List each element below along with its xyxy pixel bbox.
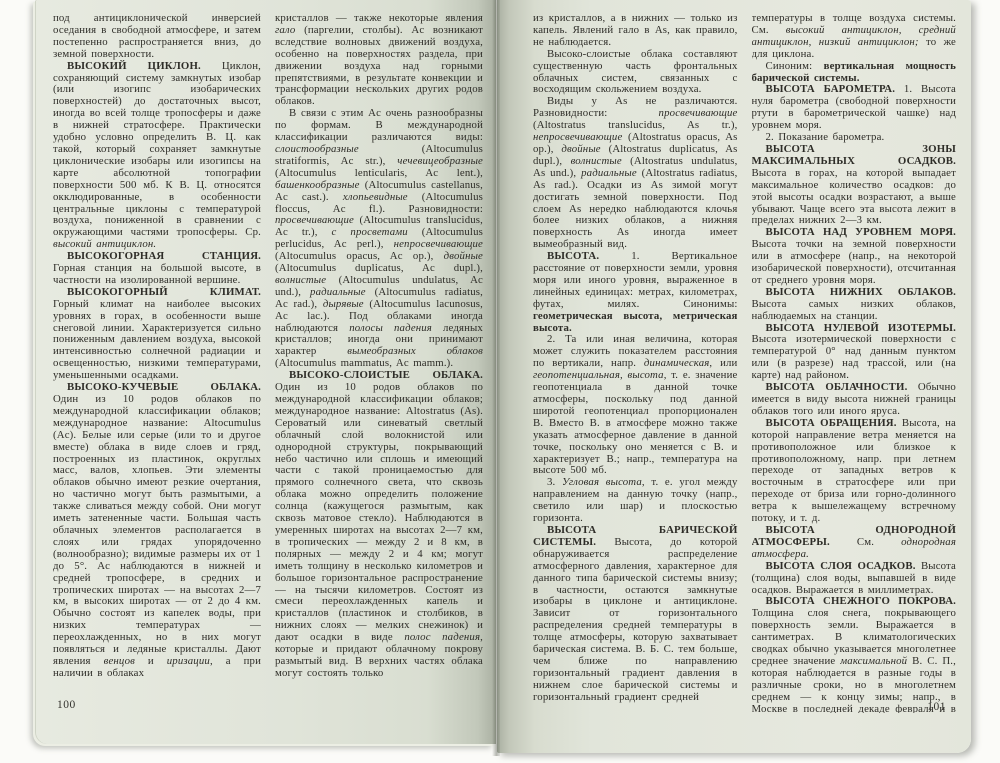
paragraph: ВЫСОКИЙ ЦИКЛОН. Циклон, сохраняющий сист… — [53, 61, 261, 252]
paragraph: ВЫСОТА. 1. Вертикальное расстояние от по… — [533, 251, 738, 334]
paragraph: ВЫСОКОГОРНАЯ СТАНЦИЯ. Горная станция на … — [53, 251, 261, 287]
italic-text: радиальные — [581, 167, 637, 179]
italic-text: полосы падения — [349, 322, 432, 334]
bold-text: ВЫСОТА ОБРАЩЕНИЯ. — [766, 417, 897, 429]
bold-text: ВЫСОКО-СЛОИСТЫЕ ОБЛАКА. — [289, 369, 483, 381]
text-run: 2. Показание барометра. — [766, 131, 885, 143]
bold-text: ВЫСОТА НИЖНИХ ОБЛАКОВ. — [766, 286, 957, 298]
text-run: из кристаллов, а в нижних — только из ка… — [533, 13, 738, 48]
text-run: Один из 10 родов облаков по международно… — [53, 393, 261, 667]
italic-text: волнистые — [571, 155, 622, 167]
paragraph: 2. Та или иная величина, которая может с… — [533, 334, 738, 477]
italic-text: геопотенциальная, высота — [533, 369, 664, 381]
italic-text: непросвечивающие — [533, 131, 622, 143]
text-run: Высота, до которой обнаруживается распре… — [533, 536, 738, 703]
text-run: (Altostratus radiatus, As rad.). Осадки … — [533, 167, 738, 250]
italic-text: просвечивающие — [275, 214, 354, 226]
paragraph: В связи с этим Ac очень разнообразны по … — [275, 108, 483, 370]
text-run: Высота в горах, на которой выпадает макс… — [752, 167, 957, 227]
text-run: Высота изотермической поверхности с темп… — [752, 333, 957, 381]
bold-text: геометрическая высота, метрическая высот… — [533, 310, 738, 334]
paragraph: 3. Угловая высота, т. е. угол между напр… — [533, 477, 738, 525]
text-run: кристаллов — также некоторые явления — [275, 13, 483, 24]
paragraph: ВЫСОТА СЛОЯ ОСАДКОВ. Высота (толщина) сл… — [752, 561, 957, 597]
italic-text: дырявые — [323, 298, 364, 310]
paragraph: под антициклонической инверсией оседания… — [53, 13, 261, 61]
text-run: , т. е. значение геопотенциала в данной … — [533, 369, 738, 476]
paragraph: ВЫСОКО-СЛОИСТЫЕ ОБЛАКА. Один из 10 родов… — [275, 370, 483, 680]
page-right-column-2: температуры в толще воздуха системы. См.… — [752, 13, 957, 713]
italic-text: башенкообразные — [275, 179, 360, 191]
paragraph: ВЫСОКОГОРНЫЙ КЛИМАТ. Горный климат на на… — [53, 287, 261, 382]
text-run: Высота точки на земной поверхности или в… — [752, 238, 957, 286]
text-run: (Altocumulus duplicatus, Ac dupl.), — [275, 262, 483, 274]
italic-text: двойные — [444, 250, 483, 262]
italic-text: двойные — [561, 143, 600, 155]
bold-text: ВЫСОТА. — [547, 250, 599, 262]
italic-text: максимальной — [840, 655, 907, 667]
text-run: Горная станция на большой высоте, в част… — [53, 262, 261, 286]
italic-text: иризации — [167, 655, 210, 667]
text-run: (Altocumulus opacus, Ac op.), — [275, 250, 444, 262]
page-right-content: из кристаллов, а в нижних — только из ка… — [497, 0, 971, 713]
bold-text: ВЫСОКОГОРНЫЙ КЛИМАТ. — [67, 286, 261, 298]
text-run: (паргелии, столбы). Ac возникают вследст… — [275, 24, 483, 107]
text-run: См. — [830, 536, 901, 548]
book-spread: под антициклонической инверсией оседания… — [0, 0, 1000, 763]
text-run: Циклон, сохраняющий систему замкнутых из… — [53, 60, 261, 239]
bold-text: ВЫСОКОГОРНАЯ СТАНЦИЯ. — [67, 250, 261, 262]
paragraph: Синоним: вертикальная мощность барическо… — [752, 61, 957, 85]
paragraph: температуры в толще воздуха системы. См.… — [752, 13, 957, 61]
bold-text: ВЫСОТА СЛОЯ ОСАДКОВ. — [766, 560, 916, 572]
paragraph: ВЫСОТА НАД УРОВНЕМ МОРЯ. Высота точки на… — [752, 227, 957, 287]
text-run: Высота, на которой направление ветра мен… — [752, 417, 957, 524]
text-run: Один из 10 родов облаков по международно… — [275, 381, 483, 643]
text-run: , или — [709, 357, 737, 369]
page-left-content: под антициклонической инверсией оседания… — [36, 0, 496, 713]
paragraph: ВЫСОТА БАРИЧЕСКОЙ СИСТЕМЫ. Высота, до ко… — [533, 525, 738, 704]
paragraph: ВЫСОТА ЗОНЫ МАКСИМАЛЬНЫХ ОСАДКОВ. Высота… — [752, 144, 957, 227]
italic-text: с просветами — [332, 226, 408, 238]
bold-text: ВЫСОТА ОБЛАЧНОСТИ. — [766, 381, 908, 393]
italic-text: динамическая — [644, 357, 710, 369]
bold-text: ВЫСОКО-КУЧЕВЫЕ ОБЛАКА. — [67, 381, 261, 393]
italic-text: волнистые — [275, 274, 326, 286]
page-right: из кристаллов, а в нижних — только из ка… — [497, 0, 971, 753]
bold-text: ВЫСОТА СНЕЖНОГО ПОКРОВА. — [766, 595, 957, 607]
italic-text: чечевицеобразные — [397, 155, 483, 167]
text-run: под антициклонической инверсией оседания… — [53, 13, 261, 60]
page-left: под антициклонической инверсией оседания… — [36, 0, 496, 744]
italic-text: полос падения — [404, 631, 480, 643]
text-run: и — [135, 655, 167, 667]
text-run: В связи с этим Ac очень разнообразны по … — [275, 107, 483, 143]
paragraph: Высоко-слоистые облака составляют сущест… — [533, 49, 738, 97]
paragraph: ВЫСОТА БАРОМЕТРА. 1. Высота нуля баромет… — [752, 84, 957, 132]
italic-text: венцов — [104, 655, 135, 667]
paragraph: ВЫСОТА СНЕЖНОГО ПОКРОВА. Толщина слоя сн… — [752, 596, 957, 713]
page-left-column-1: под антициклонической инверсией оседания… — [53, 13, 261, 713]
text-run: (Altocumulus lenticularis, Ac lent.), — [275, 167, 483, 179]
paragraph: ВЫСОТА НИЖНИХ ОБЛАКОВ. Высота самых низк… — [752, 287, 957, 323]
text-run: Высота самых низких облаков, наблюдаемых… — [752, 298, 957, 322]
paragraph: кристаллов — также некоторые явления гал… — [275, 13, 483, 108]
italic-text: радиальные — [310, 286, 366, 298]
page-number-left: 100 — [57, 699, 76, 711]
paragraph: ВЫСОТА ОБРАЩЕНИЯ. Высота, на которой нап… — [752, 418, 957, 525]
text-run: 3. — [547, 476, 562, 488]
page-left-column-2: кристаллов — также некоторые явления гал… — [275, 13, 483, 713]
text-run: (Altocumulus mammatus, Ac mamm.). — [275, 357, 453, 369]
italic-text: Угловая высота — [562, 476, 642, 488]
text-run: (Altostratus translucidus, As tr.), — [533, 119, 738, 131]
paragraph: ВЫСОТА ОДНОРОДНОЙ АТМОСФЕРЫ. См. однород… — [752, 525, 957, 561]
italic-text: гало — [275, 24, 295, 36]
page-number-right: 101 — [927, 701, 946, 713]
bold-text: ВЫСОТА НУЛЕВОЙ ИЗОТЕРМЫ. — [766, 322, 957, 334]
page-right-column-1: из кристаллов, а в нижних — только из ка… — [533, 13, 738, 713]
italic-text: просвечивающие — [659, 107, 738, 119]
text-run: Горный климат на наиболее высоких уровня… — [53, 298, 261, 381]
italic-text: вымеобразных облаков — [347, 345, 483, 357]
paragraph: ВЫСОТА ОБЛАЧНОСТИ. Обычно имеется в виду… — [752, 382, 957, 418]
italic-text: высокий антициклон. — [53, 238, 156, 250]
text-run: Синоним: — [766, 60, 824, 72]
italic-text: непросвечивающие — [394, 238, 483, 250]
paragraph: Виды у As не различаются. Разновидности:… — [533, 96, 738, 251]
text-run: Высоко-слоистые облака составляют сущест… — [533, 48, 738, 96]
bold-text: ВЫСОТА БАРОМЕТРА. — [766, 83, 896, 95]
bold-text: ВЫСОКИЙ ЦИКЛОН. — [67, 60, 201, 72]
italic-text: слоистообразные — [275, 143, 359, 155]
bold-text: ВЫСОТА ЗОНЫ МАКСИМАЛЬНЫХ ОСАДКОВ. — [752, 143, 957, 167]
italic-text: хлопьевидные — [343, 191, 408, 203]
paragraph: ВЫСОТА НУЛЕВОЙ ИЗОТЕРМЫ. Высота изотерми… — [752, 323, 957, 383]
paragraph: из кристаллов, а в нижних — только из ка… — [533, 13, 738, 49]
paragraph: ВЫСОКО-КУЧЕВЫЕ ОБЛАКА. Один из 10 родов … — [53, 382, 261, 680]
bold-text: ВЫСОТА НАД УРОВНЕМ МОРЯ. — [766, 226, 957, 238]
